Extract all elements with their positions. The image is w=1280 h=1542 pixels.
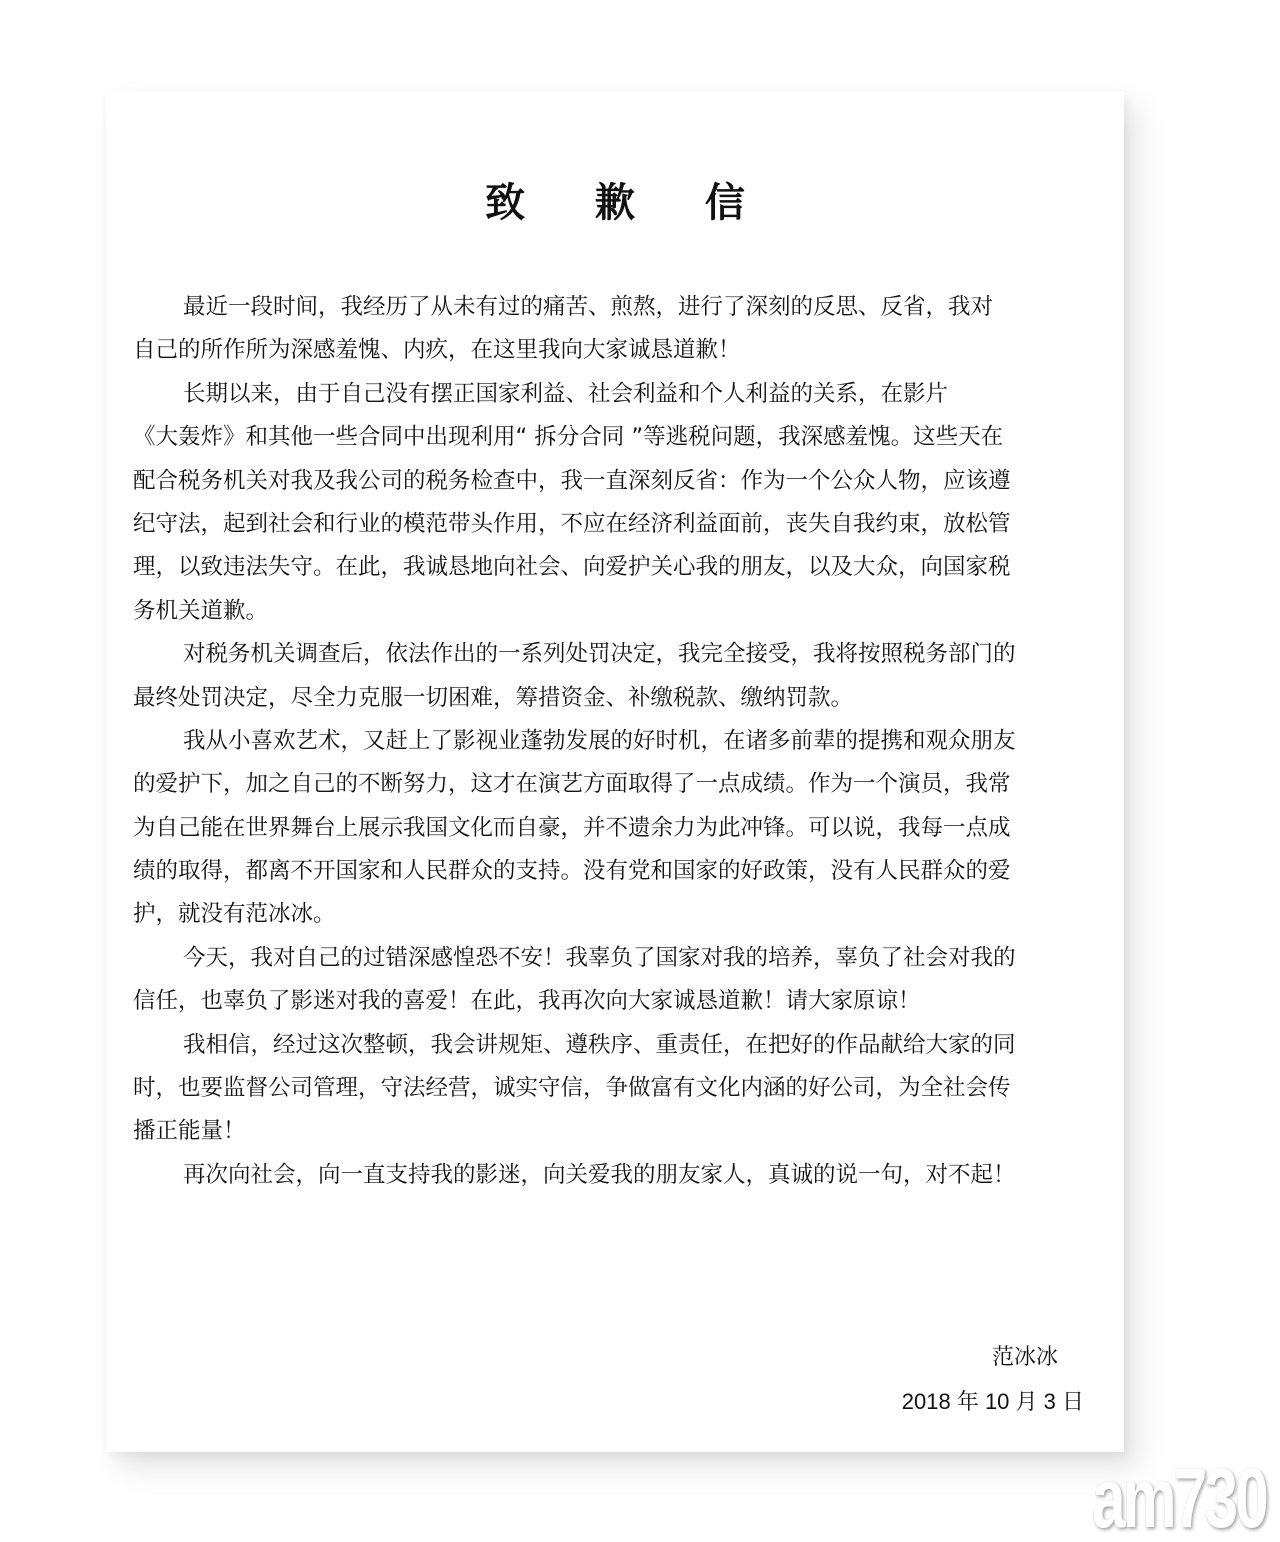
signature-name: 范冰冰 bbox=[902, 1336, 1084, 1380]
paragraph-line: 再次向社会，向一直支持我的影迷，向关爱我的朋友家人，真诚的说一句，对不起！ bbox=[133, 1154, 1113, 1197]
paragraph-line: 对税务机关调查后，依法作出的一系列处罚决定，我完全接受，我将按照税务部门的 bbox=[133, 633, 1113, 676]
paragraph-line: 长期以来，由于自己没有摆正国家利益、社会利益和个人利益的关系，在影片 bbox=[133, 373, 1113, 416]
paragraph-line: 的爱护下，加之自己的不断努力，这才在演艺方面取得了一点成绩。作为一个演员，我常 bbox=[133, 763, 1113, 806]
paragraph-line: 理，以致违法失守。在此，我诚恳地向社会、向爱护关心我的朋友，以及大众，向国家税 bbox=[133, 546, 1113, 589]
letter-paper: 致 歉 信 最近一段时间，我经历了从未有过的痛苦、煎熬，进行了深刻的反思、反省，… bbox=[106, 91, 1124, 1452]
paragraph-line: 护，就没有范冰冰。 bbox=[133, 893, 1113, 936]
paragraph-line: 自己的所作所为深感羞愧、内疚，在这里我向大家诚恳道歉！ bbox=[133, 329, 1113, 372]
signature-date: 2018 年 10 月 3 日 bbox=[902, 1380, 1084, 1424]
paragraph-line: 务机关道歉。 bbox=[133, 590, 1113, 633]
paragraph-5: 今天，我对自己的过错深感惶恐不安！我辜负了国家对我的培养，辜负了社会对我的 信任… bbox=[133, 937, 1113, 1024]
paragraph-line: 最近一段时间，我经历了从未有过的痛苦、煎熬，进行了深刻的反思、反省，我对 bbox=[133, 286, 1113, 329]
paragraph-3: 对税务机关调查后，依法作出的一系列处罚决定，我完全接受，我将按照税务部门的 最终… bbox=[133, 633, 1113, 720]
paragraph-7: 再次向社会，向一直支持我的影迷，向关爱我的朋友家人，真诚的说一句，对不起！ bbox=[133, 1154, 1113, 1197]
paragraph-line: 纪守法，起到社会和行业的模范带头作用，不应在经济利益面前，丧失自我约束，放松管 bbox=[133, 503, 1113, 546]
paragraph-line: 我相信，经过这次整顿，我会讲规矩、遵秩序、重责任，在把好的作品献给大家的同 bbox=[133, 1024, 1113, 1067]
paragraph-line: 播正能量！ bbox=[133, 1110, 1113, 1153]
paragraph-line: 《大轰炸》和其他一些合同中出现利用“ 拆分合同 ”等逃税问题，我深感羞愧。这些天… bbox=[133, 416, 1113, 459]
paragraph-1: 最近一段时间，我经历了从未有过的痛苦、煎熬，进行了深刻的反思、反省，我对 自己的… bbox=[133, 286, 1113, 373]
paragraph-line: 我从小喜欢艺术，又赶上了影视业蓬勃发展的好时机，在诸多前辈的提携和观众朋友 bbox=[133, 720, 1113, 763]
paragraph-6: 我相信，经过这次整顿，我会讲规矩、遵秩序、重责任，在把好的作品献给大家的同 时，… bbox=[133, 1024, 1113, 1154]
letter-body: 最近一段时间，我经历了从未有过的痛苦、煎熬，进行了深刻的反思、反省，我对 自己的… bbox=[133, 286, 1113, 1197]
paragraph-line: 信任，也辜负了影迷对我的喜爱！在此，我再次向大家诚恳道歉！请大家原谅！ bbox=[133, 980, 1113, 1023]
am730-watermark-logo: am730 bbox=[1092, 1456, 1266, 1540]
paragraph-line: 绩的取得，都离不开国家和人民群众的支持。没有党和国家的好政策，没有人民群众的爱 bbox=[133, 850, 1113, 893]
paragraph-line: 为自己能在世界舞台上展示我国文化而自豪，并不遗余力为此冲锋。可以说，我每一点成 bbox=[133, 807, 1113, 850]
letter-title: 致 歉 信 bbox=[106, 173, 1124, 233]
paragraph-line: 最终处罚决定，尽全力克服一切困难，筹措资金、补缴税款、缴纳罚款。 bbox=[133, 677, 1113, 720]
signature-block: 范冰冰 2018 年 10 月 3 日 bbox=[902, 1336, 1084, 1424]
paragraph-line: 今天，我对自己的过错深感惶恐不安！我辜负了国家对我的培养，辜负了社会对我的 bbox=[133, 937, 1113, 980]
paragraph-line: 时，也要监督公司管理，守法经营，诚实守信，争做富有文化内涵的好公司，为全社会传 bbox=[133, 1067, 1113, 1110]
paragraph-line: 配合税务机关对我及我公司的税务检查中，我一直深刻反省：作为一个公众人物，应该遵 bbox=[133, 460, 1113, 503]
paragraph-4: 我从小喜欢艺术，又赶上了影视业蓬勃发展的好时机，在诸多前辈的提携和观众朋友 的爱… bbox=[133, 720, 1113, 937]
paragraph-2: 长期以来，由于自己没有摆正国家利益、社会利益和个人利益的关系，在影片 《大轰炸》… bbox=[133, 373, 1113, 633]
